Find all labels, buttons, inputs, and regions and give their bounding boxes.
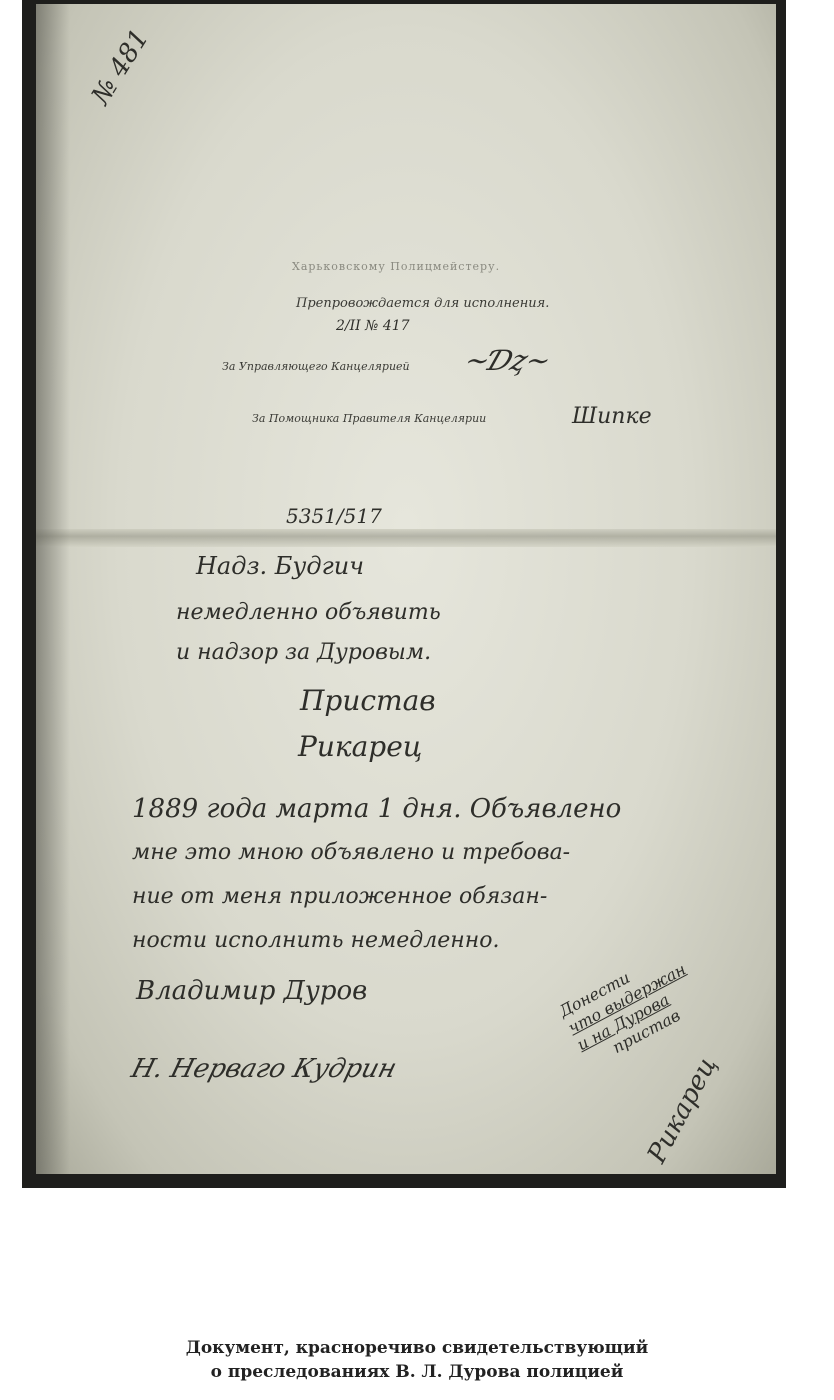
caption-line-2: о преследованиях В. Л. Дурова полицией	[0, 1360, 834, 1384]
report-line-4: ности исполнить немедленно.	[132, 928, 499, 953]
stamp-addressee: Харьковскому Полицмейстеру.	[292, 260, 500, 273]
report-line-2: мне это мною объявлено и требова-	[132, 840, 570, 865]
figure-caption: Документ, красноречиво свидетельствующий…	[0, 1336, 834, 1384]
order-line-4: Пристав	[300, 684, 436, 717]
order-line-2: немедленно объявить	[176, 600, 441, 625]
reference-number: 5351/517	[286, 504, 382, 528]
witness-signatures: Н. Нерваго Кудрин	[128, 1054, 400, 1084]
durov-signature: Владимир Дуров	[136, 976, 367, 1006]
manager-signature: ~Ɗⱬ~	[460, 344, 556, 377]
stamp-forwarded: Препровождается для исполнения.	[296, 296, 549, 311]
order-line-3: и надзор за Дуровым.	[176, 640, 431, 665]
side-note: Донести что выдержан и на Дурова пристав	[556, 943, 707, 1071]
assistant-signature: Шипке	[572, 404, 652, 429]
signature-flourish: ~Ɗⱬ~	[460, 344, 556, 377]
bailiff-signature: Рикарец	[642, 1052, 723, 1168]
corner-annotation: № 481	[86, 24, 155, 110]
order-line-1: Надз. Будгич	[196, 552, 364, 580]
report-line-3: ние от меня приложенное обязан-	[132, 884, 547, 909]
archival-photo: № 481 Харьковскому Полицмейстеру. Препро…	[22, 0, 786, 1188]
order-line-5: Рикарец	[298, 730, 422, 763]
stamp-for-manager: За Управляющего Канцелярией	[222, 360, 410, 373]
report-line-1: 1889 года марта 1 дня. Объявлено	[132, 794, 621, 824]
stamp-for-assistant: За Помощника Правителя Канцелярии	[252, 412, 486, 425]
stamp-date-number: 2/II № 417	[336, 318, 410, 334]
caption-line-1: Документ, красноречиво свидетельствующий	[0, 1336, 834, 1360]
document-paper: № 481 Харьковскому Полицмейстеру. Препро…	[36, 4, 776, 1174]
